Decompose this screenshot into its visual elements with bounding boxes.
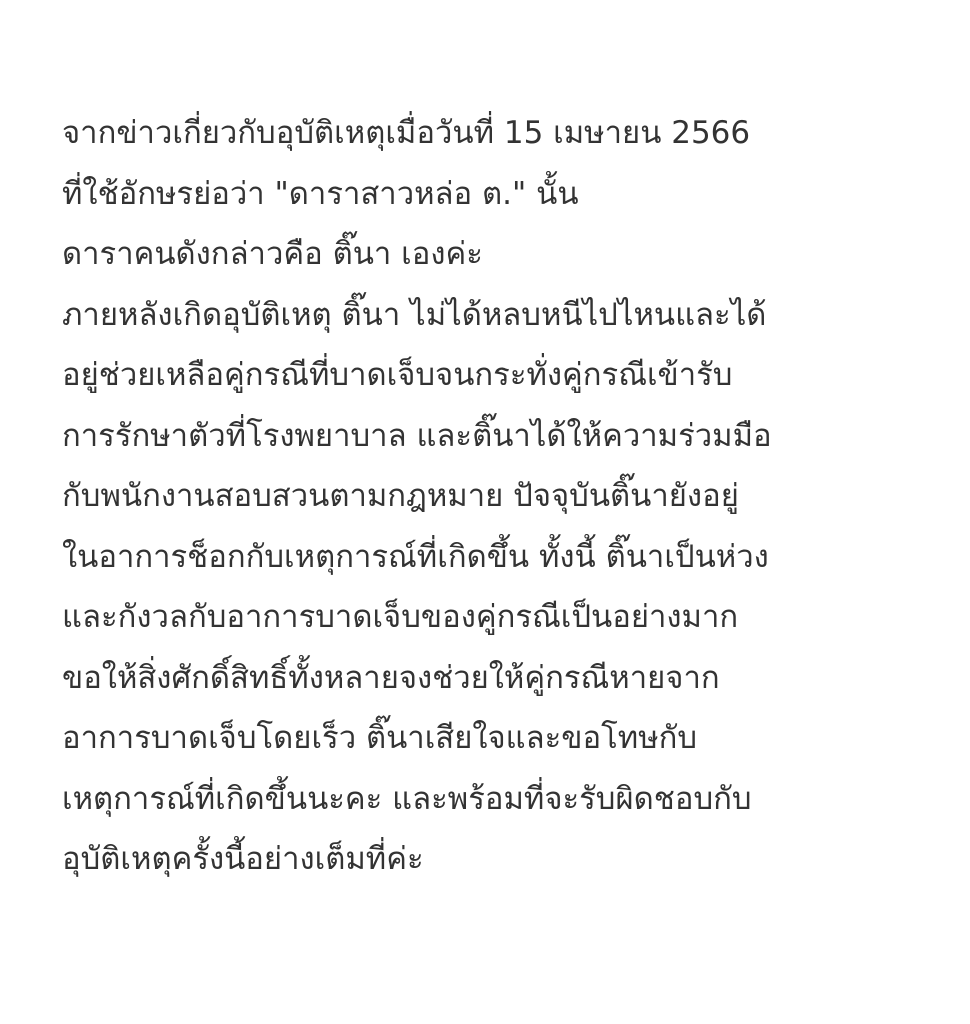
statement-text-block: จากข่าวเกี่ยวกับอุบัติเหตุเมื่อวันที่ 15… [62, 108, 942, 895]
text-line-6: การรักษาตัวที่โรงพยาบาล และติ๊นาได้ให้คว… [62, 411, 942, 472]
text-line-2: ที่ใช้อักษรย่อว่า "ดาราสาวหล่อ ต." นั้น [62, 169, 942, 230]
text-line-4: ภายหลังเกิดอุบัติเหตุ ติ๊นา ไม่ได้หลบหนี… [62, 290, 942, 351]
text-line-3: ดาราคนดังกล่าวคือ ติ๊นา เองค่ะ [62, 229, 942, 290]
text-line-10: ขอให้สิ่งศักดิ์สิทธิ์ทั้งหลายจงช่วยให้คู… [62, 653, 942, 714]
text-line-12: เหตุการณ์ที่เกิดขึ้นนะคะ และพร้อมที่จะรั… [62, 774, 942, 835]
text-line-1: จากข่าวเกี่ยวกับอุบัติเหตุเมื่อวันที่ 15… [62, 108, 942, 169]
text-line-13: อุบัติเหตุครั้งนี้อย่างเต็มที่ค่ะ [62, 834, 942, 895]
text-line-8: ในอาการช็อกกับเหตุการณ์ที่เกิดขึ้น ทั้งน… [62, 532, 942, 593]
text-line-9: และกังวลกับอาการบาดเจ็บของคู่กรณีเป็นอย่… [62, 592, 942, 653]
text-line-5: อยู่ช่วยเหลือคู่กรณีที่บาดเจ็บจนกระทั่งค… [62, 350, 942, 411]
text-line-11: อาการบาดเจ็บโดยเร็ว ติ๊นาเสียใจและขอโทษก… [62, 713, 942, 774]
text-line-7: กับพนักงานสอบสวนตามกฎหมาย ปัจจุบันติ๊นาย… [62, 471, 942, 532]
